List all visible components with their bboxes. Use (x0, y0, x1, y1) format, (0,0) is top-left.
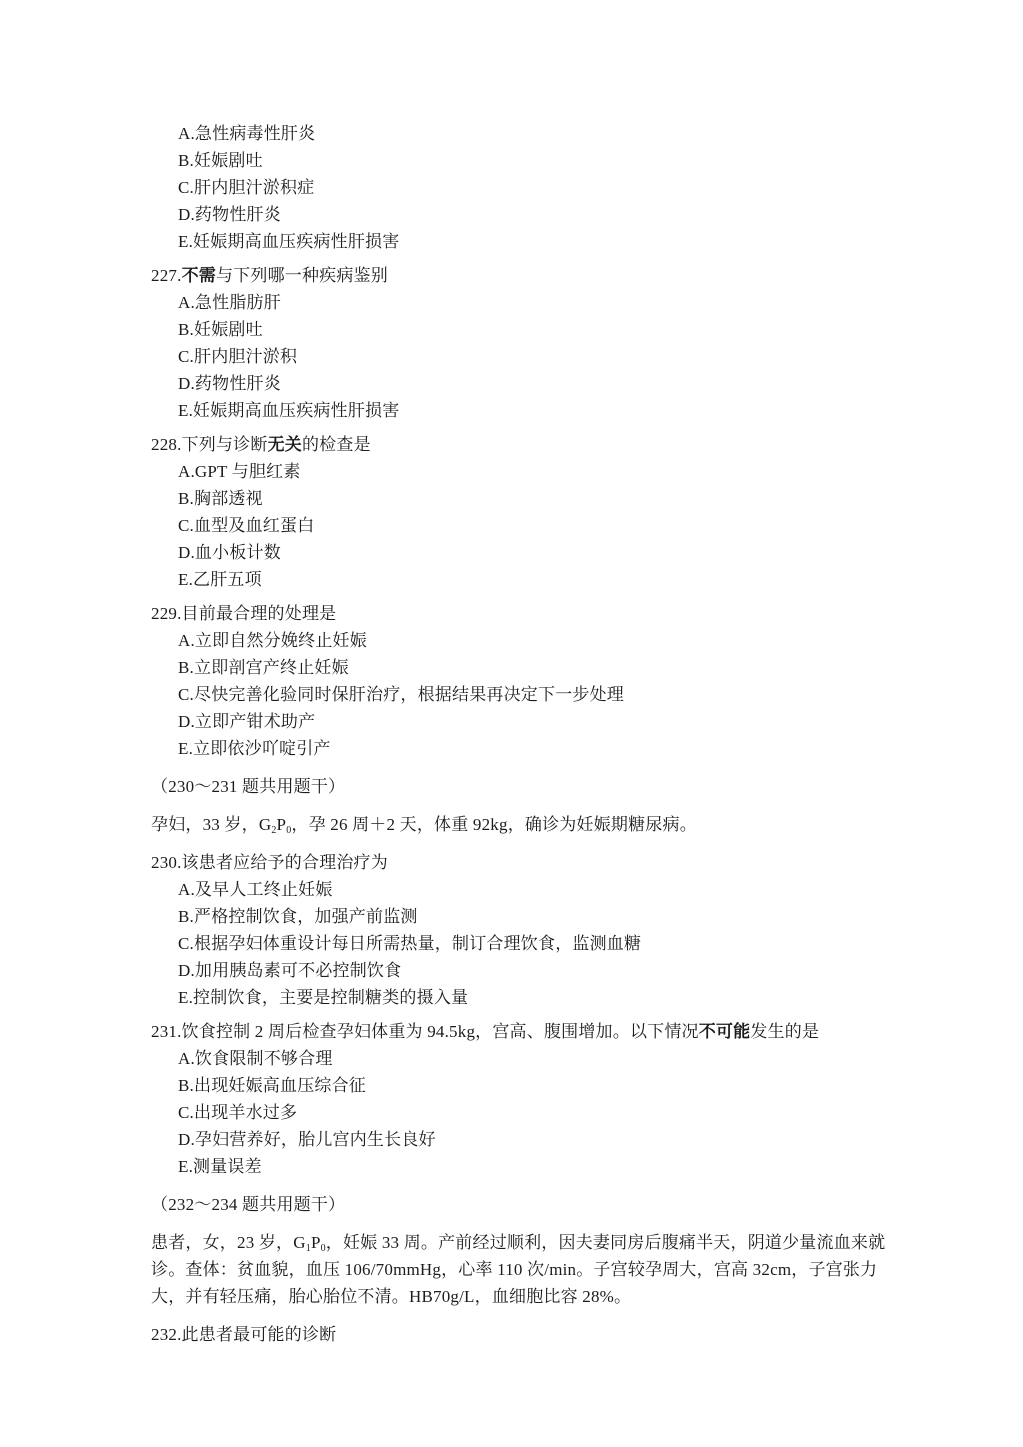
question-230-option-b: B.严格控制饮食，加强产前监测 (178, 903, 886, 930)
question-229-option-b: B.立即剖宫产终止妊娠 (178, 654, 886, 681)
shared-stem-header-232-234: （232～234 题共用题干） (151, 1191, 886, 1218)
question-230: 230.该患者应给予的合理治疗为 A.及早人工终止妊娠 B.严格控制饮食，加强产… (151, 849, 886, 1011)
question-231-option-b: B.出现妊娠高血压综合征 (178, 1072, 886, 1099)
question-232: 232.此患者最可能的诊断 (151, 1321, 886, 1348)
question-229-option-a: A.立即自然分娩终止妊娠 (178, 627, 886, 654)
exam-document-page: A.急性病毒性肝炎 B.妊娠剧吐 C.肝内胆汁淤积症 D.药物性肝炎 E.妊娠期… (0, 0, 1023, 1447)
question-228-option-b: B.胸部透视 (178, 485, 886, 512)
question-228-option-c: C.血型及血红蛋白 (178, 512, 886, 539)
question-227-option-b: B.妊娠剧吐 (178, 316, 886, 343)
question-228-title: 228.下列与诊断无关的检查是 (151, 431, 886, 458)
question-228-option-d: D.血小板计数 (178, 539, 886, 566)
question-226-option-b: B.妊娠剧吐 (178, 147, 886, 174)
question-229-title: 229.目前最合理的处理是 (151, 600, 886, 627)
question-226-options-block: A.急性病毒性肝炎 B.妊娠剧吐 C.肝内胆汁淤积症 D.药物性肝炎 E.妊娠期… (151, 120, 886, 255)
question-230-option-e: E.控制饮食，主要是控制糖类的摄入量 (178, 984, 886, 1011)
question-227-title: 227.不需与下列哪一种疾病鉴别 (151, 262, 886, 289)
question-227-options: A.急性脂肪肝 B.妊娠剧吐 C.肝内胆汁淤积 D.药物性肝炎 E.妊娠期高血压… (178, 289, 886, 424)
exam-content: A.急性病毒性肝炎 B.妊娠剧吐 C.肝内胆汁淤积症 D.药物性肝炎 E.妊娠期… (151, 0, 886, 1348)
shared-stem-header-230-231: （230～231 题共用题干） (151, 773, 886, 800)
question-230-options: A.及早人工终止妊娠 B.严格控制饮食，加强产前监测 C.根据孕妇体重设计每日所… (178, 876, 886, 1011)
question-231-title: 231.饮食控制 2 周后检查孕妇体重为 94.5kg，宫高、腹围增加。以下情况… (151, 1018, 886, 1045)
question-228-options: A.GPT 与胆红素 B.胸部透视 C.血型及血红蛋白 D.血小板计数 E.乙肝… (178, 458, 886, 593)
question-226-options: A.急性病毒性肝炎 B.妊娠剧吐 C.肝内胆汁淤积症 D.药物性肝炎 E.妊娠期… (178, 120, 886, 255)
question-231-option-e: E.测量误差 (178, 1153, 886, 1180)
question-226-option-a: A.急性病毒性肝炎 (178, 120, 886, 147)
question-226-option-e: E.妊娠期高血压疾病性肝损害 (178, 228, 886, 255)
question-229: 229.目前最合理的处理是 A.立即自然分娩终止妊娠 B.立即剖宫产终止妊娠 C… (151, 600, 886, 762)
shared-stem-230-231: 孕妇，33 岁，G2P0，孕 26 周＋2 天，体重 92kg，确诊为妊娠期糖尿… (151, 811, 886, 838)
question-228-option-a: A.GPT 与胆红素 (178, 458, 886, 485)
question-231-option-d: D.孕妇营养好，胎儿宫内生长良好 (178, 1126, 886, 1153)
question-227-option-a: A.急性脂肪肝 (178, 289, 886, 316)
question-227: 227.不需与下列哪一种疾病鉴别 A.急性脂肪肝 B.妊娠剧吐 C.肝内胆汁淤积… (151, 262, 886, 424)
question-227-option-c: C.肝内胆汁淤积 (178, 343, 886, 370)
question-229-option-d: D.立即产钳术助产 (178, 708, 886, 735)
question-228: 228.下列与诊断无关的检查是 A.GPT 与胆红素 B.胸部透视 C.血型及血… (151, 431, 886, 593)
question-228-option-e: E.乙肝五项 (178, 566, 886, 593)
question-226-option-c: C.肝内胆汁淤积症 (178, 174, 886, 201)
question-230-option-d: D.加用胰岛素可不必控制饮食 (178, 957, 886, 984)
question-229-option-e: E.立即依沙吖啶引产 (178, 735, 886, 762)
shared-stem-232-234: 患者，女，23 岁，G1P0，妊娠 33 周。产前经过顺利，因夫妻同房后腹痛半天… (151, 1229, 886, 1310)
question-229-options: A.立即自然分娩终止妊娠 B.立即剖宫产终止妊娠 C.尽快完善化验同时保肝治疗，… (178, 627, 886, 762)
question-231-option-c: C.出现羊水过多 (178, 1099, 886, 1126)
question-227-option-e: E.妊娠期高血压疾病性肝损害 (178, 397, 886, 424)
question-231-options: A.饮食限制不够合理 B.出现妊娠高血压综合征 C.出现羊水过多 D.孕妇营养好… (178, 1045, 886, 1180)
question-230-option-a: A.及早人工终止妊娠 (178, 876, 886, 903)
question-231-option-a: A.饮食限制不够合理 (178, 1045, 886, 1072)
question-232-title: 232.此患者最可能的诊断 (151, 1321, 886, 1348)
question-231: 231.饮食控制 2 周后检查孕妇体重为 94.5kg，宫高、腹围增加。以下情况… (151, 1018, 886, 1180)
question-226-option-d: D.药物性肝炎 (178, 201, 886, 228)
question-230-option-c: C.根据孕妇体重设计每日所需热量，制订合理饮食，监测血糖 (178, 930, 886, 957)
question-227-option-d: D.药物性肝炎 (178, 370, 886, 397)
question-229-option-c: C.尽快完善化验同时保肝治疗，根据结果再决定下一步处理 (178, 681, 886, 708)
question-230-title: 230.该患者应给予的合理治疗为 (151, 849, 886, 876)
